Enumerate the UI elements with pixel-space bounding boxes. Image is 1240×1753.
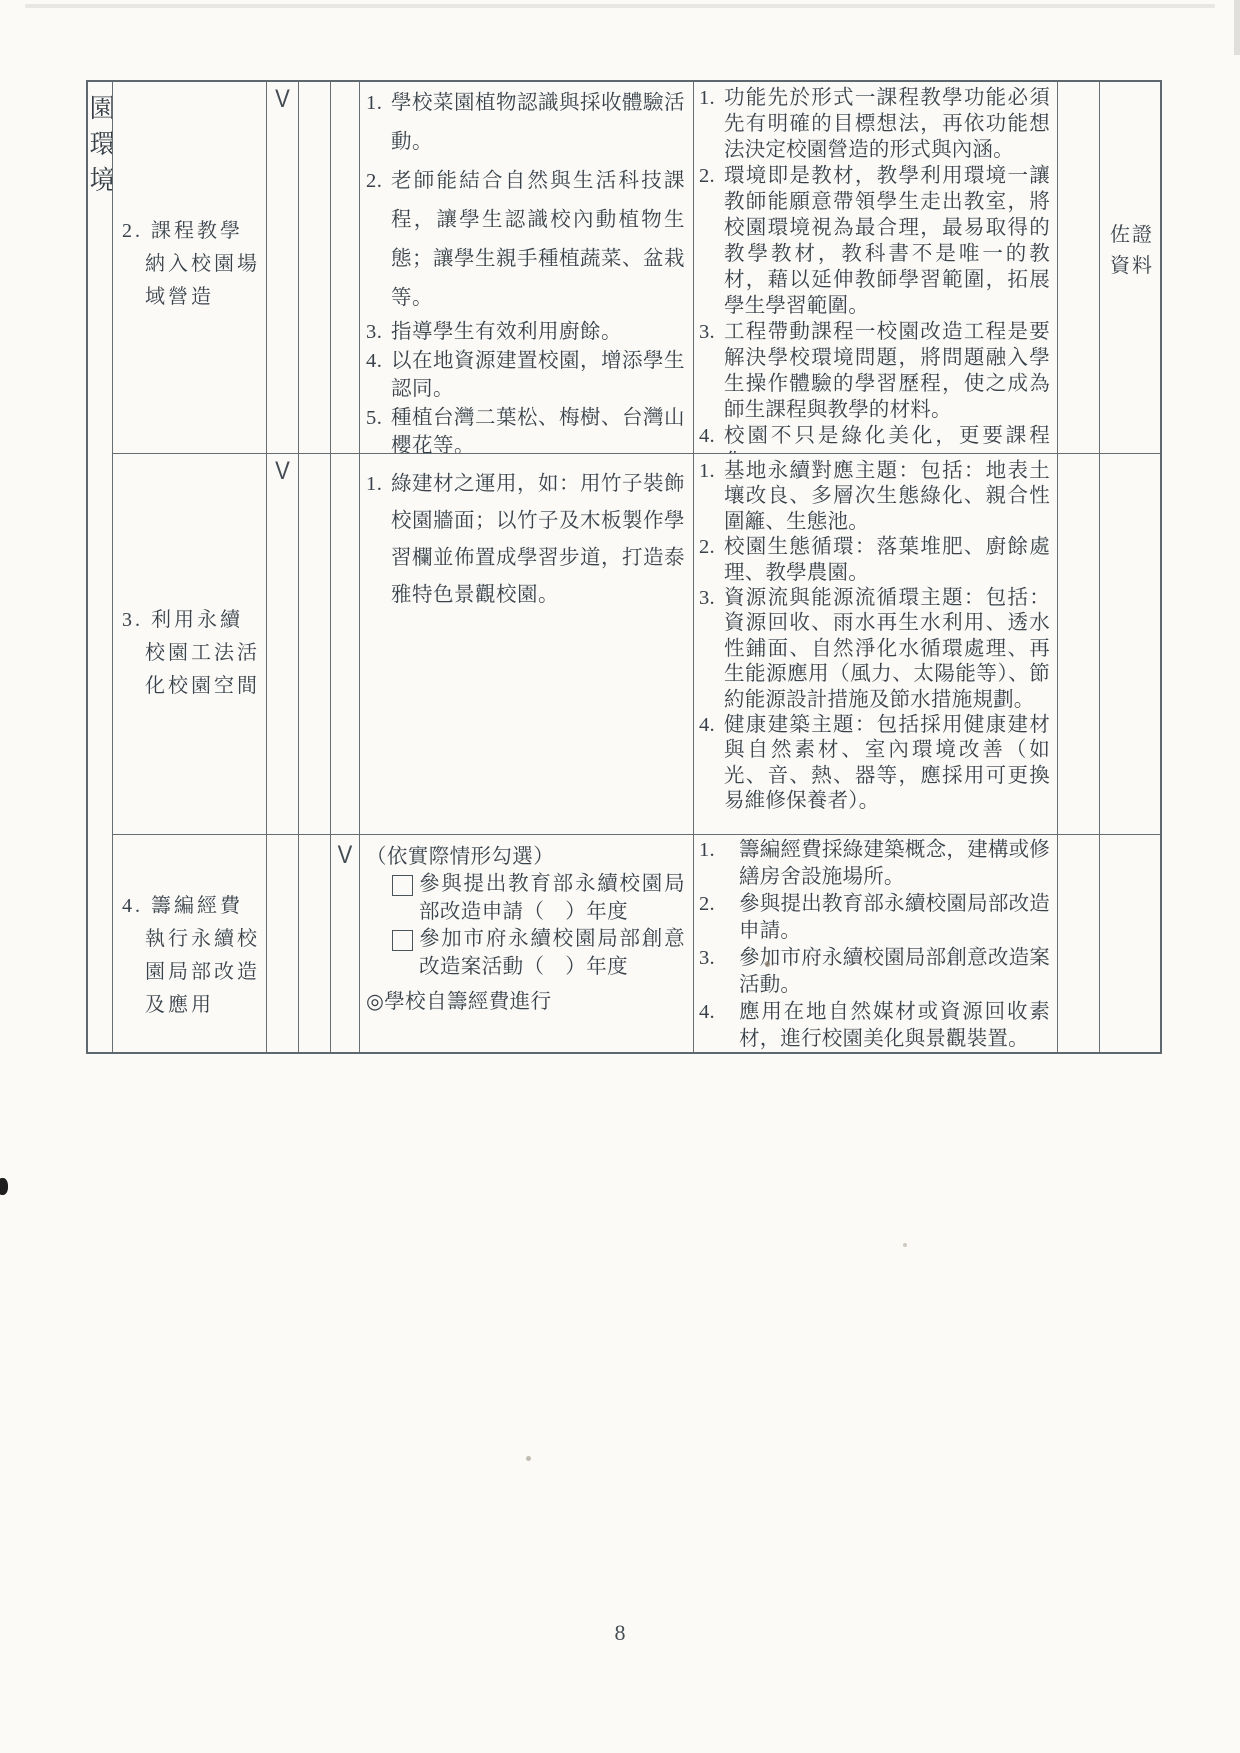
check-cell-row2-col1: V [267,454,299,835]
notes-list-row1: 1.功能先於形式一課程教學功能必須先有明確的目標想法，再依功能想法決定校園營造的… [694,82,1058,454]
evidence-cell-row3 [1100,835,1160,1052]
scan-artifact-top-right [1234,0,1240,55]
note-item: 1.基地永續對應主題：包括：地表土壤改良、多層次生態綠化、親合性圍籬、生態池。 [699,459,1050,535]
checkbox-icon [392,875,413,896]
scan-artifact-top-edge [25,4,1215,8]
page-number: 8 [0,1620,1240,1646]
strategy-item: 1.綠建材之運用，如：用竹子裝飾校園牆面；以竹子及木板製作學習欄並佈置成學習步道… [366,466,685,614]
evidence-cell-row2 [1100,454,1160,835]
check-cell-row3-col3: V [331,835,360,1052]
note-item: 2.環境即是教材，教學利用環境一讓教師能願意帶領學生走出教室，將校園環境視為最合… [699,163,1050,319]
campus-environment-evaluation-table: 園環境 2. 課程教學 納入校園場 域營造 V 1.學校菜園植物認識與採收體驗活… [86,80,1162,1054]
evidence-cell: 佐證資料 [1100,82,1160,454]
funding-instruction: （依實際情形勾選） [366,843,685,871]
check-cell-row3-col2 [299,835,331,1052]
selected-option: ◎學校自籌經費進行 [366,988,685,1016]
criterion-title-2: 2. 課程教學 納入校園場 域營造 [113,82,267,454]
note-item: 3.參加市府永續校園局部創意改造案活動。 [699,945,1050,999]
checkbox-option: 參與提出教育部永續校園局部改造申請（ ）年度 [366,871,685,926]
criterion-title-3: 3. 利用永續 校園工法活 化校園空間 [113,454,267,835]
strategy-item: 2.老師能結合自然與生活科技課程，讓學生認識校內動植物生態；讓學生親手種植蔬菜、… [366,162,685,318]
check-cell-row1-col3 [331,82,360,454]
note-item: 3.資源流與能源流循環主題：包括：資源回收、雨水再生水利用、透水性鋪面、自然淨化… [699,586,1050,713]
note-item: 1.籌編經費採綠建築概念，建構或修繕房舍設施場所。 [699,837,1050,891]
note-item: 4.應用在地自然媒材或資源回收素材，進行校園美化與景觀裝置。 [699,999,1050,1052]
note-item: 4.校園不只是綠化美化，更要課程化。 [699,423,1050,454]
note-item: 2.參與提出教育部永續校園局部改造申請。 [699,891,1050,945]
blank-cell-row2 [1058,454,1100,835]
check-cell-row1-col2 [299,82,331,454]
category-label: 園環境 [88,94,113,202]
strategy-item: 3.指導學生有效利用廚餘。 [366,318,685,347]
strategy-list-row1: 1.學校菜園植物認識與採收體驗活動。 2.老師能結合自然與生活科技課程，讓學生認… [360,82,694,454]
strategy-list-row2: 1.綠建材之運用，如：用竹子裝飾校園牆面；以竹子及木板製作學習欄並佈置成學習步道… [360,454,694,835]
blank-cell-row3 [1058,835,1100,1052]
check-cell-row2-col3 [331,454,360,835]
strategy-item: 5.種植台灣二葉松、梅樹、台灣山櫻花等。 [366,404,685,455]
note-item: 2.校園生態循環：落葉堆肥、廚餘處理、教學農園。 [699,535,1050,586]
checkbox-icon [392,930,413,951]
checkmark-icon: V [275,84,290,114]
category-label-cell: 園環境 [88,82,113,1052]
funding-options-cell: （依實際情形勾選） 參與提出教育部永續校園局部改造申請（ ）年度 參加市府永續校… [360,835,694,1052]
checkmark-icon: V [338,840,353,870]
strategy-item: 4.以在地資源建置校園，增添學生認同。 [366,347,685,404]
note-item: 3.工程帶動課程一校園改造工程是要解決學校環境問題，將問題融入學生操作體驗的學習… [699,319,1050,423]
check-cell-row1-col1: V [267,82,299,454]
checkmark-icon: V [275,456,290,486]
check-cell-row3-col1 [267,835,299,1052]
checkbox-option: 參加市府永續校園局部創意改造案活動（ ）年度 [366,926,685,981]
check-cell-row2-col2 [299,454,331,835]
scan-artifact-left-mark [0,1178,8,1195]
scan-artifact-speck [526,1456,531,1461]
strategy-item: 1.學校菜園植物認識與採收體驗活動。 [366,84,685,162]
criterion-title-4: 4. 籌編經費 執行永續校 園局部改造 及應用 [113,835,267,1052]
notes-list-row2: 1.基地永續對應主題：包括：地表土壤改良、多層次生態綠化、親合性圍籬、生態池。 … [694,454,1058,835]
evidence-label: 佐證資料 [1110,224,1154,277]
scan-artifact-speck [903,1243,907,1247]
scanned-document-page: 園環境 2. 課程教學 納入校園場 域營造 V 1.學校菜園植物認識與採收體驗活… [0,0,1240,1753]
notes-list-row3: 1.籌編經費採綠建築概念，建構或修繕房舍設施場所。 2.參與提出教育部永續校園局… [694,835,1058,1052]
note-item: 1.功能先於形式一課程教學功能必須先有明確的目標想法，再依功能想法決定校園營造的… [699,85,1050,163]
note-item: 4.健康建築主題：包括採用健康建材與自然素材、室內環境改善（如光、音、熱、器等，… [699,713,1050,815]
blank-cell-row1 [1058,82,1100,454]
